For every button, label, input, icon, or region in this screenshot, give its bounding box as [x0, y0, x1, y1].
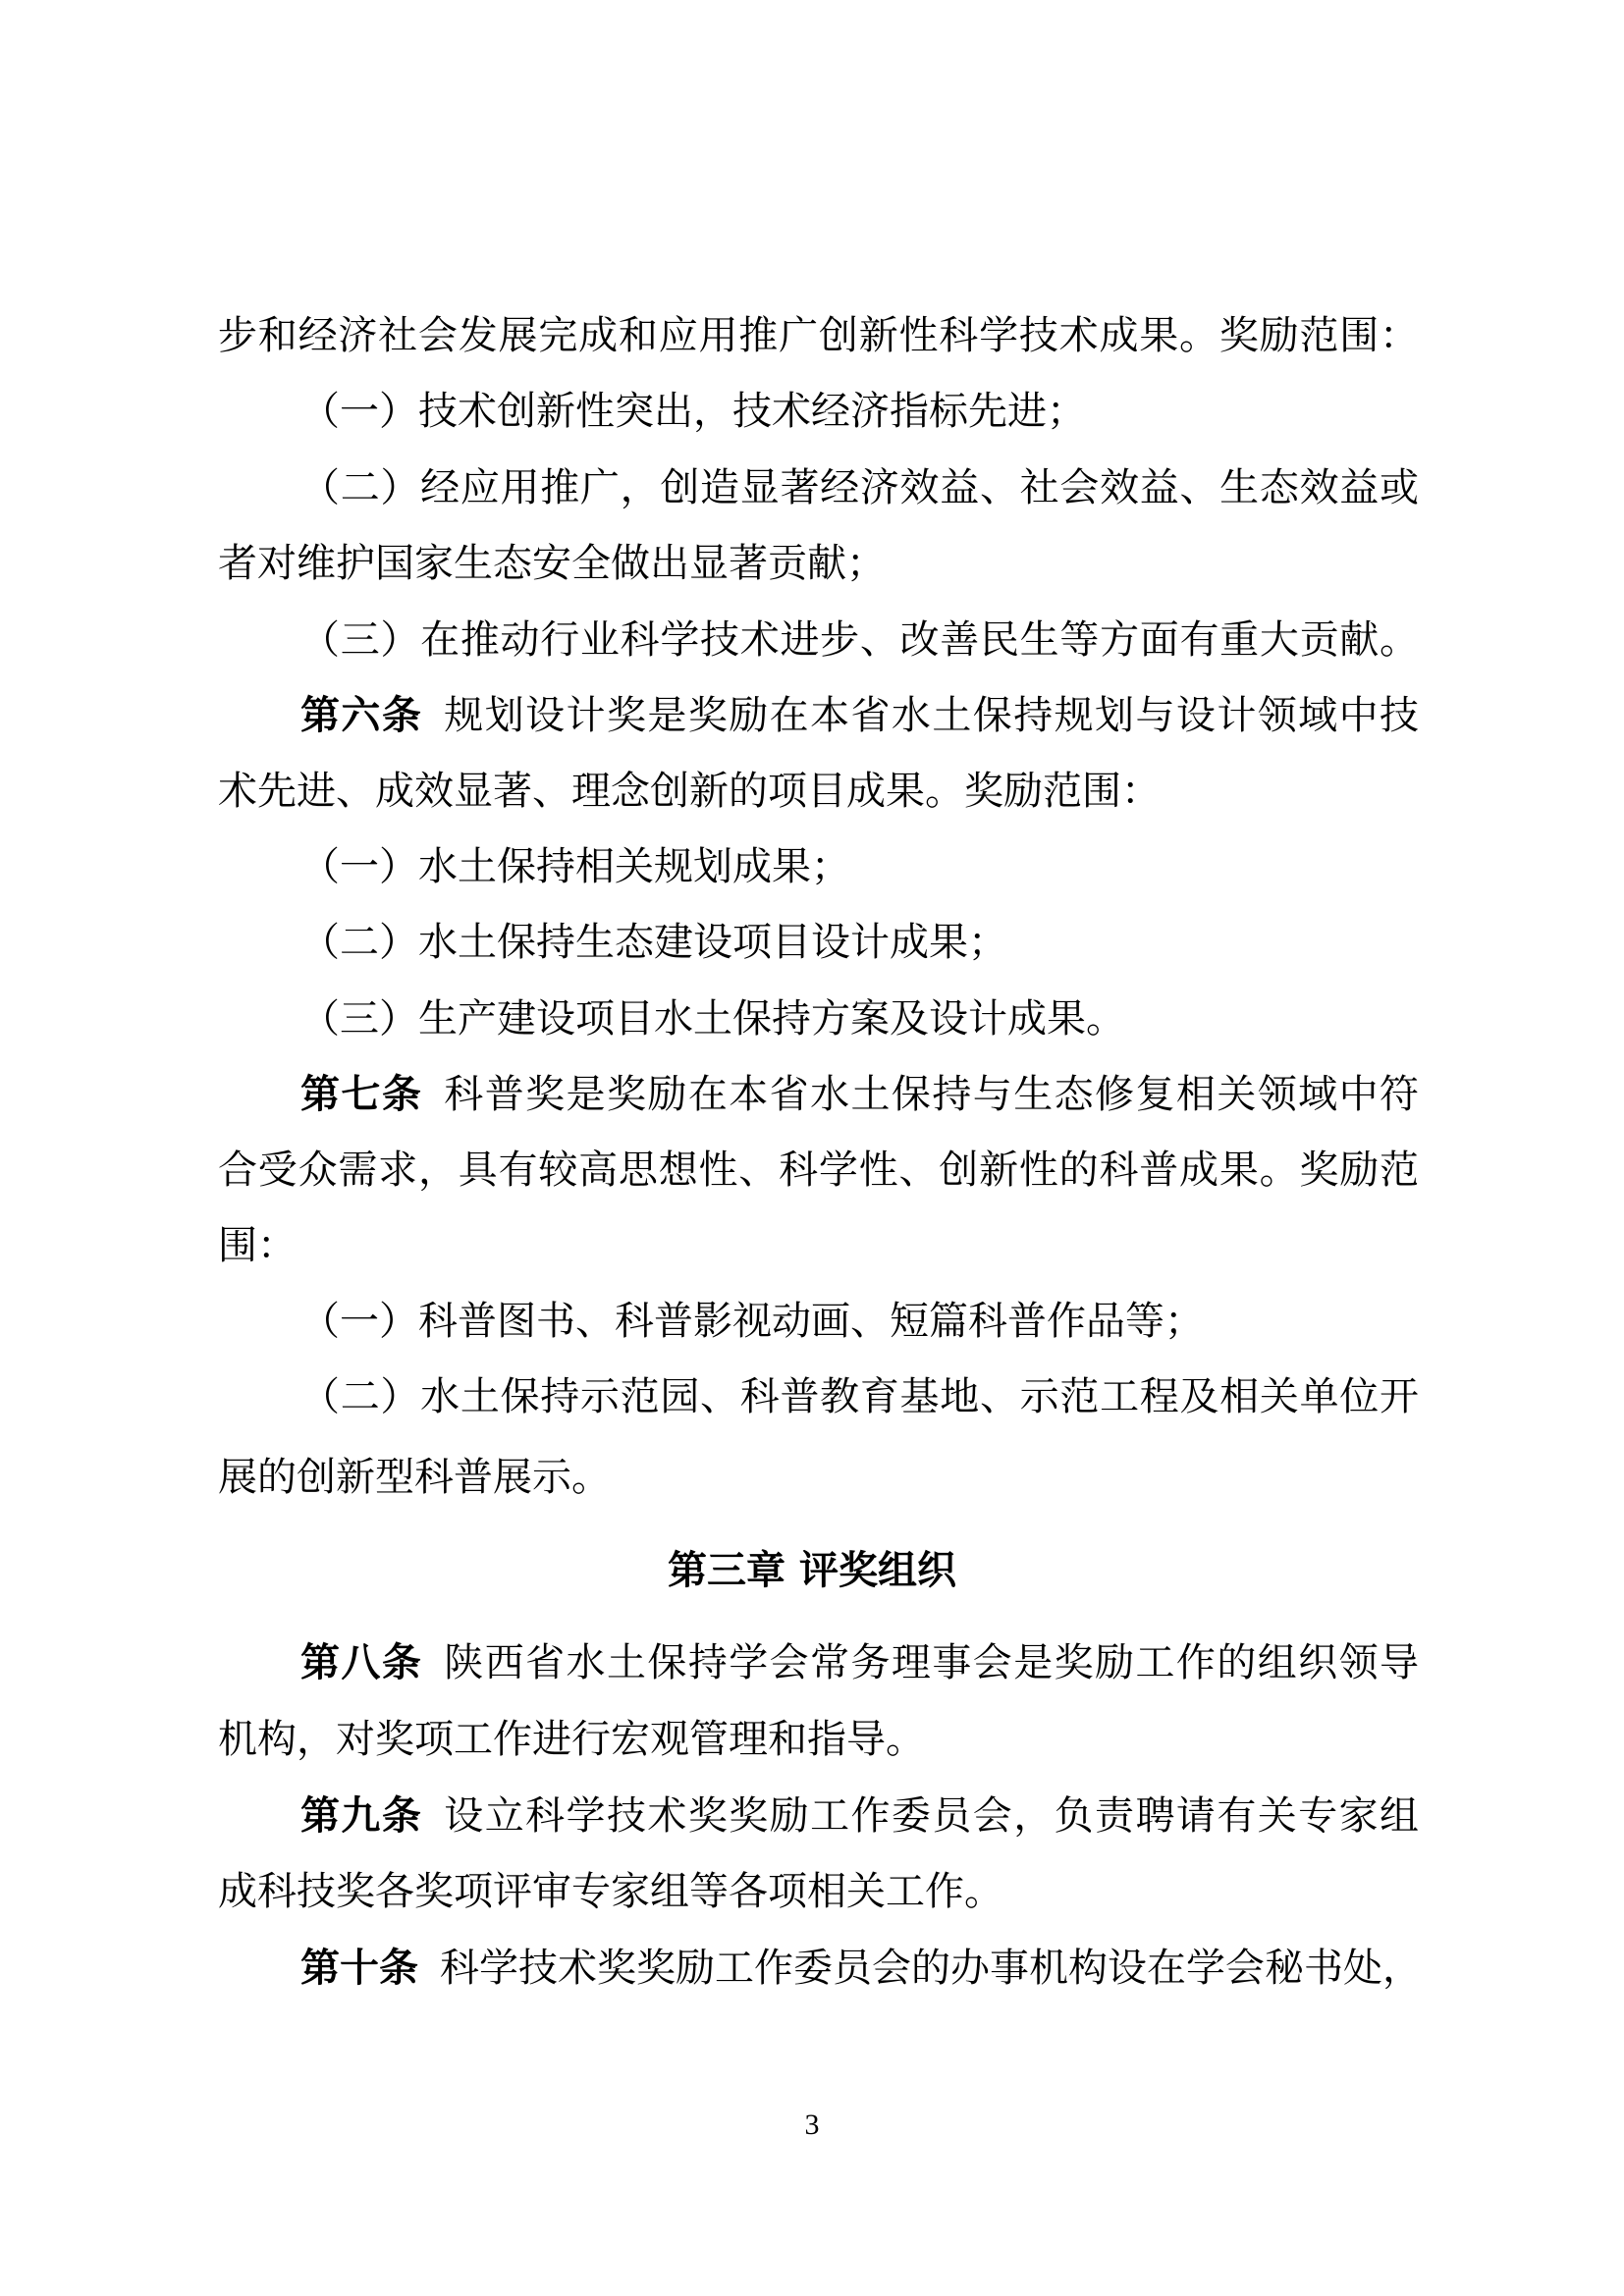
article-8-paragraph: 第八条陕西省水土保持学会常务理事会是奖励工作的组织领导 [218, 1633, 1419, 1692]
document-page: 步和经济社会发展完成和应用推广创新性科学技术成果。奖励范围： （一）技术创新性突… [0, 0, 1624, 2296]
body-line: 展的创新型科普展示。 [218, 1448, 1419, 1507]
line-text: 术先进、成效显著、理念创新的项目成果。奖励范围： [218, 769, 1161, 814]
chapter-heading: 第三章 评奖组织 [0, 1541, 1624, 1600]
line-text: （二）水土保持生态建设项目设计成果； [300, 920, 1007, 965]
list-item: （二）水土保持示范园、科普教育基地、示范工程及相关单位开 [218, 1367, 1419, 1426]
body-line: 成科技奖各奖项评审专家组等各项相关工作。 [218, 1862, 1419, 1921]
body-line: 合受众需求，具有较高思想性、科学性、创新性的科普成果。奖励范 [218, 1141, 1419, 1200]
list-item: （三）生产建设项目水土保持方案及设计成果。 [218, 989, 1419, 1048]
article-label: 第九条 [300, 1793, 422, 1839]
list-item: （二）经应用推广，创造显著经济效益、社会效益、生态效益或 [218, 458, 1419, 517]
line-text: 规划设计奖是奖励在本省水土保持规划与设计领域中技 [444, 693, 1419, 738]
article-label: 第八条 [300, 1640, 422, 1685]
line-text: 合受众需求，具有较高思想性、科学性、创新性的科普成果。奖励范 [218, 1148, 1419, 1193]
line-text: （一）技术创新性突出，技术经济指标先进； [300, 389, 1086, 434]
line-text: 设立科学技术奖奖励工作委员会，负责聘请有关专家组 [444, 1793, 1419, 1839]
article-9-paragraph: 第九条设立科学技术奖奖励工作委员会，负责聘请有关专家组 [218, 1787, 1419, 1845]
line-text: （一）水土保持相关规划成果； [300, 844, 850, 889]
list-item: （一）科普图书、科普影视动画、短篇科普作品等； [218, 1292, 1419, 1351]
article-label: 第七条 [300, 1072, 422, 1117]
article-7-paragraph: 第七条科普奖是奖励在本省水土保持与生态修复相关领域中符 [218, 1065, 1419, 1124]
line-text: （三）生产建设项目水土保持方案及设计成果。 [300, 996, 1125, 1041]
line-text: 陕西省水土保持学会常务理事会是奖励工作的组织领导 [444, 1640, 1419, 1685]
line-text: （二）水土保持示范园、科普教育基地、示范工程及相关单位开 [300, 1374, 1419, 1419]
list-item: （三）在推动行业科学技术进步、改善民生等方面有重大贡献。 [218, 611, 1419, 669]
article-label: 第十条 [300, 1946, 418, 1991]
article-6-paragraph: 第六条规划设计奖是奖励在本省水土保持规划与设计领域中技 [218, 686, 1419, 745]
line-text: 成科技奖各奖项评审专家组等各项相关工作。 [218, 1869, 1003, 1914]
line-text: 展的创新型科普展示。 [218, 1455, 611, 1500]
body-line: 者对维护国家生态安全做出显著贡献； [218, 534, 1419, 593]
list-item: （二）水土保持生态建设项目设计成果； [218, 913, 1419, 972]
line-text: 机构，对奖项工作进行宏观管理和指导。 [218, 1717, 925, 1762]
body-line: 机构，对奖项工作进行宏观管理和指导。 [218, 1710, 1419, 1769]
line-text: 者对维护国家生态安全做出显著贡献； [218, 541, 886, 586]
article-10-paragraph: 第十条科学技术奖奖励工作委员会的办事机构设在学会秘书处， [218, 1939, 1419, 1998]
article-label: 第六条 [300, 693, 422, 738]
list-item: （一）技术创新性突出，技术经济指标先进； [218, 382, 1419, 441]
body-line: 步和经济社会发展完成和应用推广创新性科学技术成果。奖励范围： [218, 306, 1419, 365]
line-text: 步和经济社会发展完成和应用推广创新性科学技术成果。奖励范围： [218, 313, 1419, 358]
line-text: （三）在推动行业科学技术进步、改善民生等方面有重大贡献。 [300, 617, 1419, 663]
page-number: 3 [0, 2106, 1624, 2145]
line-text: 科学技术奖奖励工作委员会的办事机构设在学会秘书处， [440, 1946, 1422, 1991]
list-item: （一）水土保持相关规划成果； [218, 837, 1419, 896]
line-text: 围： [218, 1223, 297, 1268]
line-text: （一）科普图书、科普影视动画、短篇科普作品等； [300, 1299, 1204, 1344]
body-line: 围： [218, 1216, 1419, 1275]
body-line: 术先进、成效显著、理念创新的项目成果。奖励范围： [218, 762, 1419, 821]
line-text: （二）经应用推广，创造显著经济效益、社会效益、生态效益或 [300, 465, 1419, 510]
line-text: 科普奖是奖励在本省水土保持与生态修复相关领域中符 [444, 1072, 1419, 1117]
